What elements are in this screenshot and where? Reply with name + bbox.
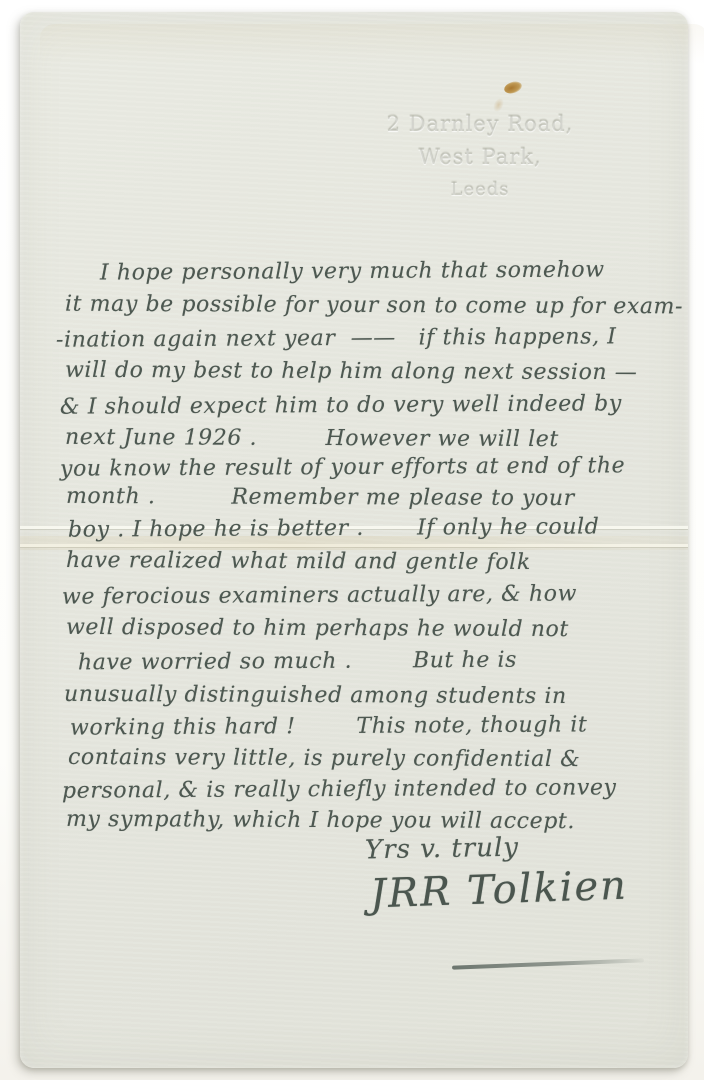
letterhead-address-line: West Park, bbox=[310, 145, 650, 169]
letter-line: next June 1926 . However we will let bbox=[65, 425, 559, 452]
stain-mark-tail bbox=[491, 97, 505, 113]
signature: JRR Tolkien bbox=[369, 863, 628, 918]
letter-line: will do my best to help him along next s… bbox=[65, 358, 638, 385]
stain-mark bbox=[503, 79, 524, 95]
letter-line: unusually distinguished among students i… bbox=[64, 682, 567, 709]
signature-flourish bbox=[452, 958, 644, 969]
letter-line: & I should expect him to do very well in… bbox=[60, 391, 622, 419]
letter-line: working this hard ! This note, though it bbox=[70, 712, 588, 740]
letter-line: have worried so much . But he is bbox=[78, 648, 517, 676]
letter-line: you know the result of your efforts at e… bbox=[60, 453, 625, 481]
paper-edge-discoloration bbox=[40, 24, 704, 64]
letter-line: my sympathy, which I hope you will accep… bbox=[66, 807, 575, 834]
letter-line: -ination again next year —— if this happ… bbox=[56, 324, 617, 352]
letter-line: personal, & is really chiefly intended t… bbox=[62, 775, 617, 803]
letter-line: contains very little, is purely confiden… bbox=[68, 745, 580, 772]
letter-line: well disposed to him perhaps he would no… bbox=[66, 615, 569, 642]
letter-page: 2 Darnley Road, West Park, Leeds I hope … bbox=[20, 12, 688, 1068]
letter-line: month . Remember me please to your bbox=[66, 484, 575, 511]
letterhead-address-line: 2 Darnley Road, bbox=[310, 112, 650, 136]
embossed-letterhead: 2 Darnley Road, West Park, Leeds bbox=[310, 112, 650, 200]
letter-line: boy . I hope he is better . If only he c… bbox=[68, 514, 600, 542]
letter-line: I hope personally very much that somehow bbox=[100, 257, 605, 285]
letter-line: have realized what mild and gentle folk bbox=[66, 548, 531, 575]
letter-line: it may be possible for your son to come … bbox=[65, 292, 683, 320]
letterhead-address-line: Leeds bbox=[310, 179, 650, 200]
letter-closing: Yrs v. truly bbox=[365, 833, 519, 866]
letter-line: we ferocious examiners actually are, & h… bbox=[62, 581, 577, 609]
